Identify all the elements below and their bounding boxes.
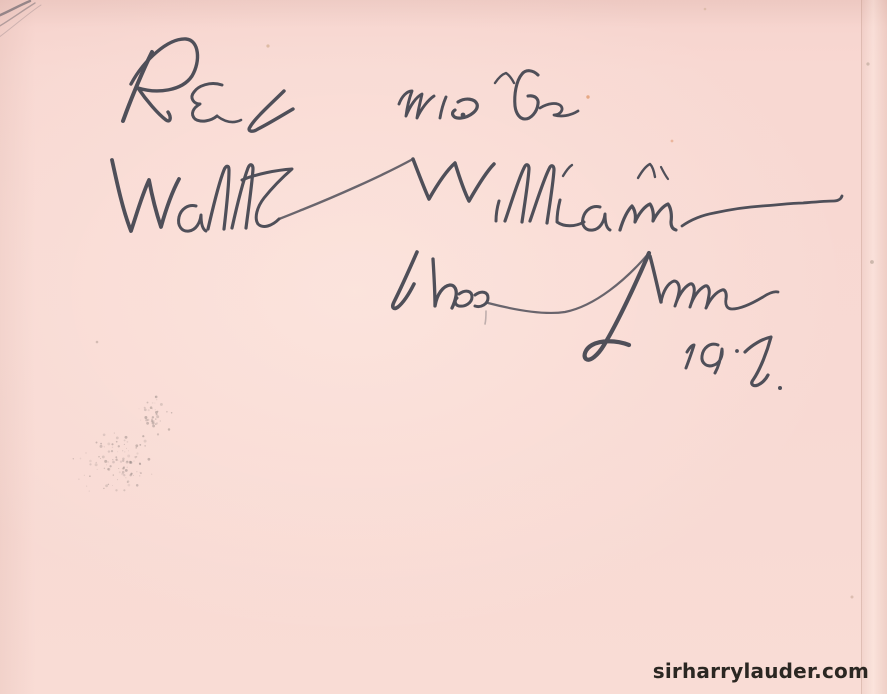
handwriting-line-3: [393, 252, 778, 360]
album-page-photo: Best wishes Walter Williams The Queens 1…: [0, 0, 887, 694]
page-corner-crease: [0, 1, 41, 38]
handwriting-line-1: [123, 39, 578, 131]
date-period: [778, 386, 782, 390]
watermark-text: sirharrylauder.com: [653, 659, 869, 683]
smudge-stain: [73, 396, 173, 492]
handwriting-artwork: [0, 0, 887, 694]
handwriting-line-2: [112, 159, 842, 231]
ink-blot: [461, 113, 466, 118]
page-right-edge: [861, 0, 887, 694]
date-dot: [735, 349, 739, 353]
handwriting-line-4: [686, 337, 782, 390]
